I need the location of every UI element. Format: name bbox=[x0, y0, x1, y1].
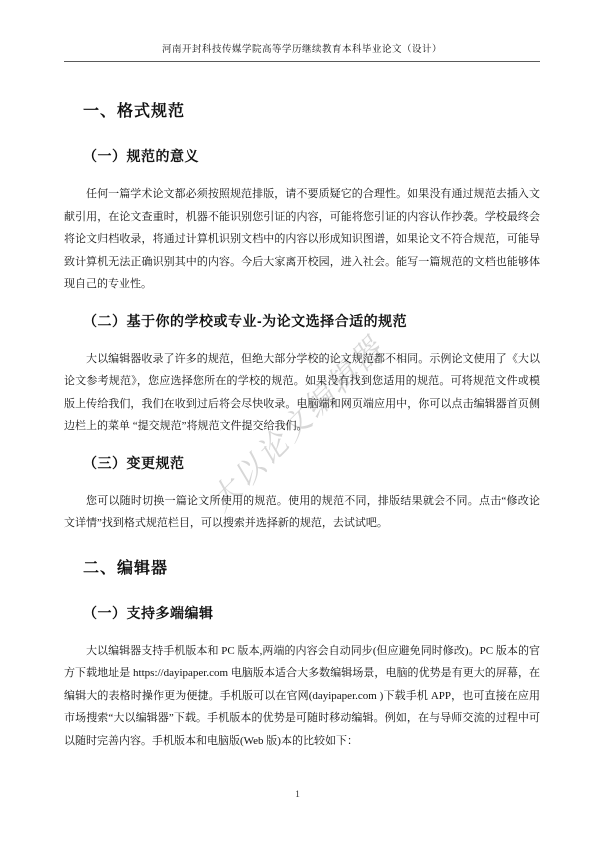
page-content: 河南开封科技传媒学院高等学历继续教育本科毕业论文（设计） 一、格式规范 （一）规… bbox=[0, 0, 595, 752]
heading-2-change-spec: （三）变更规范 bbox=[64, 454, 540, 472]
running-header: 河南开封科技传媒学院高等学历继续教育本科毕业论文（设计） bbox=[64, 44, 540, 62]
document-page: 大以论文编辑器 河南开封科技传媒学院高等学历继续教育本科毕业论文（设计） 一、格… bbox=[0, 0, 595, 842]
page-number: 1 bbox=[0, 790, 595, 800]
paragraph-spec-meaning: 任何一篇学术论文都必须按照规范排版，请不要质疑它的合理性。如果没有通过规范去插入… bbox=[64, 183, 540, 296]
heading-1-format-spec: 一、格式规范 bbox=[64, 102, 540, 122]
paragraph-change-spec: 您可以随时切换一篇论文所使用的规范。使用的规范不同，排版结果就会不同。点击“修改… bbox=[64, 490, 540, 535]
paragraph-multi-device: 大以编辑器支持手机版本和 PC 版本,两端的内容会自动同步(但应避免同时修改)。… bbox=[64, 640, 540, 753]
heading-2-choose-spec: （二）基于你的学校或专业-为论文选择合适的规范 bbox=[64, 312, 540, 330]
heading-2-multi-device: （一）支持多端编辑 bbox=[64, 604, 540, 622]
heading-2-spec-meaning: （一）规范的意义 bbox=[64, 147, 540, 165]
paragraph-choose-spec: 大以编辑器收录了许多的规范，但绝大部分学校的论文规范都不相同。示例论文使用了《大… bbox=[64, 348, 540, 438]
heading-1-editor: 二、编辑器 bbox=[64, 559, 540, 579]
